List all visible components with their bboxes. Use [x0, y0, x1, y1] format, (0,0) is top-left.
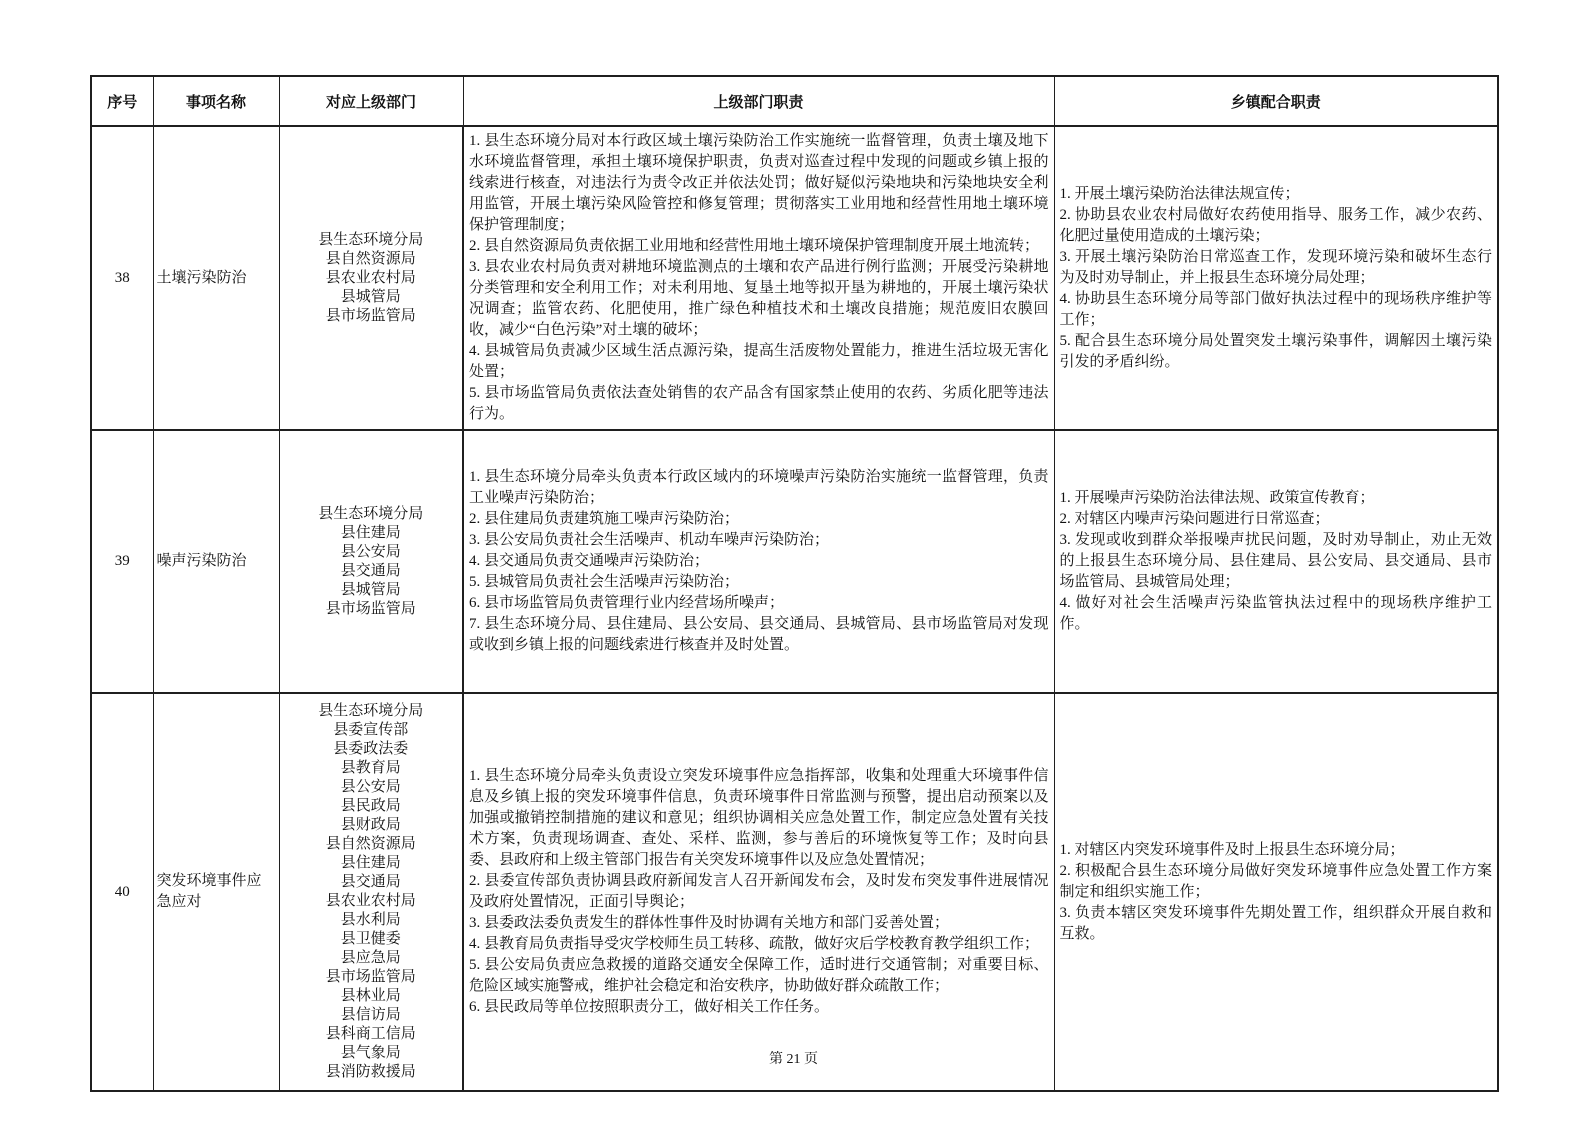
item-name: 突发环境事件应急应对	[153, 693, 279, 1091]
department-list: 县生态环境分局县委宣传部县委政法委县教育局县公安局县民政局县财政局县自然资源局县…	[284, 702, 459, 1082]
department-item: 县公安局	[284, 778, 459, 797]
department-item: 县住建局	[284, 524, 459, 543]
township-item: 4. 协助县生态环境分局等部门做好执法过程中的现场秩序维护等工作；	[1060, 289, 1493, 331]
department-item: 县教育局	[284, 759, 459, 778]
department-list-cell: 县生态环境分局县自然资源局县农业农村局县城管局县市场监管局	[279, 126, 463, 430]
duty-item: 2. 县住建局负责建筑施工噪声污染防治；	[469, 509, 1049, 530]
duty-item: 5. 县市场监管局负责依法查处销售的农产品含有国家禁止使用的农药、劣质化肥等违法…	[469, 383, 1049, 425]
department-item: 县科商工信局	[284, 1025, 459, 1044]
duty-item: 3. 县委政法委负责发生的群体性事件及时协调有关地方和部门妥善处置；	[469, 913, 1049, 934]
duty-item: 6. 县市场监管局负责管理行业内经营场所噪声；	[469, 593, 1049, 614]
item-name: 噪声污染防治	[153, 430, 279, 693]
duty-item: 4. 县教育局负责指导受灾学校师生员工转移、疏散，做好灾后学校教育教学组织工作；	[469, 934, 1049, 955]
department-item: 县公安局	[284, 543, 459, 562]
township-duties-cell: 1. 对辖区内突发环境事件及时上报县生态环境分局；2. 积极配合县生态环境分局做…	[1054, 693, 1498, 1091]
department-item: 县林业局	[284, 987, 459, 1006]
department-item: 县交通局	[284, 562, 459, 581]
township-duties-cell: 1. 开展噪声污染防治法律法规、政策宣传教育；2. 对辖区内噪声污染问题进行日常…	[1054, 430, 1498, 693]
department-item: 县城管局	[284, 581, 459, 600]
department-item: 县农业农村局	[284, 269, 459, 288]
department-item: 县市场监管局	[284, 307, 459, 326]
department-item: 县卫健委	[284, 930, 459, 949]
department-item: 县委政法委	[284, 740, 459, 759]
department-item: 县交通局	[284, 873, 459, 892]
table-row: 40 突发环境事件应急应对 县生态环境分局县委宣传部县委政法委县教育局县公安局县…	[91, 693, 1498, 1091]
duty-item: 5. 县城管局负责社会生活噪声污染防治；	[469, 572, 1049, 593]
township-item: 1. 对辖区内突发环境事件及时上报县生态环境分局；	[1060, 840, 1493, 861]
row-number: 39	[91, 430, 153, 693]
responsibility-table: 序号 事项名称 对应上级部门 上级部门职责 乡镇配合职责 38 土壤污染防治 县…	[90, 75, 1499, 1092]
township-item: 1. 开展土壤污染防治法律法规宣传；	[1060, 184, 1493, 205]
table-row: 38 土壤污染防治 县生态环境分局县自然资源局县农业农村局县城管局县市场监管局 …	[91, 126, 1498, 430]
department-item: 县自然资源局	[284, 835, 459, 854]
header-item-name: 事项名称	[153, 76, 279, 126]
table-container: 序号 事项名称 对应上级部门 上级部门职责 乡镇配合职责 38 土壤污染防治 县…	[90, 75, 1499, 1092]
township-list: 1. 开展噪声污染防治法律法规、政策宣传教育；2. 对辖区内噪声污染问题进行日常…	[1060, 488, 1493, 635]
township-item: 2. 协助县农业农村局做好农药使用指导、服务工作，减少农药、化肥过量使用造成的土…	[1060, 205, 1493, 247]
header-superior-duties: 上级部门职责	[463, 76, 1054, 126]
department-item: 县财政局	[284, 816, 459, 835]
department-item: 县应急局	[284, 949, 459, 968]
department-item: 县生态环境分局	[284, 231, 459, 250]
duty-item: 1. 县生态环境分局牵头负责设立突发环境事件应急指挥部，收集和处理重大环境事件信…	[469, 766, 1049, 871]
department-item: 县民政局	[284, 797, 459, 816]
department-item: 县生态环境分局	[284, 702, 459, 721]
row-number: 38	[91, 126, 153, 430]
department-list-cell: 县生态环境分局县住建局县公安局县交通局县城管局县市场监管局	[279, 430, 463, 693]
township-item: 4. 做好对社会生活噪声污染监管执法过程中的现场秩序维护工作。	[1060, 593, 1493, 635]
department-item: 县信访局	[284, 1006, 459, 1025]
header-serial-number: 序号	[91, 76, 153, 126]
table-row: 39 噪声污染防治 县生态环境分局县住建局县公安局县交通局县城管局县市场监管局 …	[91, 430, 1498, 693]
department-item: 县自然资源局	[284, 250, 459, 269]
department-list: 县生态环境分局县自然资源局县农业农村局县城管局县市场监管局	[284, 231, 459, 326]
department-list: 县生态环境分局县住建局县公安局县交通局县城管局县市场监管局	[284, 505, 459, 619]
department-item: 县住建局	[284, 854, 459, 873]
duty-item: 3. 县公安局负责社会生活噪声、机动车噪声污染防治；	[469, 530, 1049, 551]
duty-item: 3. 县农业农村局负责对耕地环境监测点的土壤和农产品进行例行监测；开展受污染耕地…	[469, 257, 1049, 341]
row-number: 40	[91, 693, 153, 1091]
department-item: 县委宣传部	[284, 721, 459, 740]
header-row: 序号 事项名称 对应上级部门 上级部门职责 乡镇配合职责	[91, 76, 1498, 126]
duty-list: 1. 县生态环境分局牵头负责设立突发环境事件应急指挥部，收集和处理重大环境事件信…	[469, 766, 1049, 1018]
township-list: 1. 开展土壤污染防治法律法规宣传；2. 协助县农业农村局做好农药使用指导、服务…	[1060, 184, 1493, 373]
duty-item: 7. 县生态环境分局、县住建局、县公安局、县交通局、县城管局、县市场监管局对发现…	[469, 614, 1049, 656]
header-superior-department: 对应上级部门	[279, 76, 463, 126]
township-item: 2. 对辖区内噪声污染问题进行日常巡查；	[1060, 509, 1493, 530]
duty-item: 5. 县公安局负责应急救援的道路交通安全保障工作，适时进行交通管制；对重要目标、…	[469, 955, 1049, 997]
township-list: 1. 对辖区内突发环境事件及时上报县生态环境分局；2. 积极配合县生态环境分局做…	[1060, 840, 1493, 945]
duty-item: 2. 县委宣传部负责协调县政府新闻发言人召开新闻发布会，及时发布突发事件进展情况…	[469, 871, 1049, 913]
header-township-duties: 乡镇配合职责	[1054, 76, 1498, 126]
township-item: 5. 配合县生态环境分局处置突发土壤污染事件，调解因土壤污染引发的矛盾纠纷。	[1060, 331, 1493, 373]
duty-list: 1. 县生态环境分局对本行政区域土壤污染防治工作实施统一监督管理，负责土壤及地下…	[469, 131, 1049, 425]
department-item: 县市场监管局	[284, 968, 459, 987]
township-item: 3. 开展土壤污染防治日常巡查工作，发现环境污染和破坏生态行为及时劝导制止，并上…	[1060, 247, 1493, 289]
department-item: 县城管局	[284, 288, 459, 307]
township-item: 1. 开展噪声污染防治法律法规、政策宣传教育；	[1060, 488, 1493, 509]
township-item: 3. 负责本辖区突发环境事件先期处置工作，组织群众开展自救和互救。	[1060, 903, 1493, 945]
township-duties-cell: 1. 开展土壤污染防治法律法规宣传；2. 协助县农业农村局做好农药使用指导、服务…	[1054, 126, 1498, 430]
duty-item: 2. 县自然资源局负责依据工业用地和经营性用地土壤环境保护管理制度开展土地流转；	[469, 236, 1049, 257]
document-page: 序号 事项名称 对应上级部门 上级部门职责 乡镇配合职责 38 土壤污染防治 县…	[0, 0, 1587, 1122]
duty-item: 4. 县交通局负责交通噪声污染防治；	[469, 551, 1049, 572]
duty-list: 1. 县生态环境分局牵头负责本行政区域内的环境噪声污染防治实施统一监督管理，负责…	[469, 467, 1049, 656]
duty-item: 6. 县民政局等单位按照职责分工，做好相关工作任务。	[469, 997, 1049, 1018]
duty-item: 4. 县城管局负责减少区域生活点源污染，提高生活废物处置能力，推进生活垃圾无害化…	[469, 341, 1049, 383]
duty-item: 1. 县生态环境分局对本行政区域土壤污染防治工作实施统一监督管理，负责土壤及地下…	[469, 131, 1049, 236]
township-item: 2. 积极配合县生态环境分局做好突发环境事件应急处置工作方案制定和组织实施工作；	[1060, 861, 1493, 903]
item-name: 土壤污染防治	[153, 126, 279, 430]
duty-item: 1. 县生态环境分局牵头负责本行政区域内的环境噪声污染防治实施统一监督管理，负责…	[469, 467, 1049, 509]
department-list-cell: 县生态环境分局县委宣传部县委政法委县教育局县公安局县民政局县财政局县自然资源局县…	[279, 693, 463, 1091]
department-item: 县生态环境分局	[284, 505, 459, 524]
page-footer: 第 21 页	[0, 1048, 1587, 1068]
department-item: 县农业农村局	[284, 892, 459, 911]
superior-duties-cell: 1. 县生态环境分局牵头负责本行政区域内的环境噪声污染防治实施统一监督管理，负责…	[463, 430, 1054, 693]
superior-duties-cell: 1. 县生态环境分局牵头负责设立突发环境事件应急指挥部，收集和处理重大环境事件信…	[463, 693, 1054, 1091]
superior-duties-cell: 1. 县生态环境分局对本行政区域土壤污染防治工作实施统一监督管理，负责土壤及地下…	[463, 126, 1054, 430]
department-item: 县水利局	[284, 911, 459, 930]
department-item: 县市场监管局	[284, 600, 459, 619]
township-item: 3. 发现或收到群众举报噪声扰民问题，及时劝导制止，劝止无效的上报县生态环境分局…	[1060, 530, 1493, 593]
